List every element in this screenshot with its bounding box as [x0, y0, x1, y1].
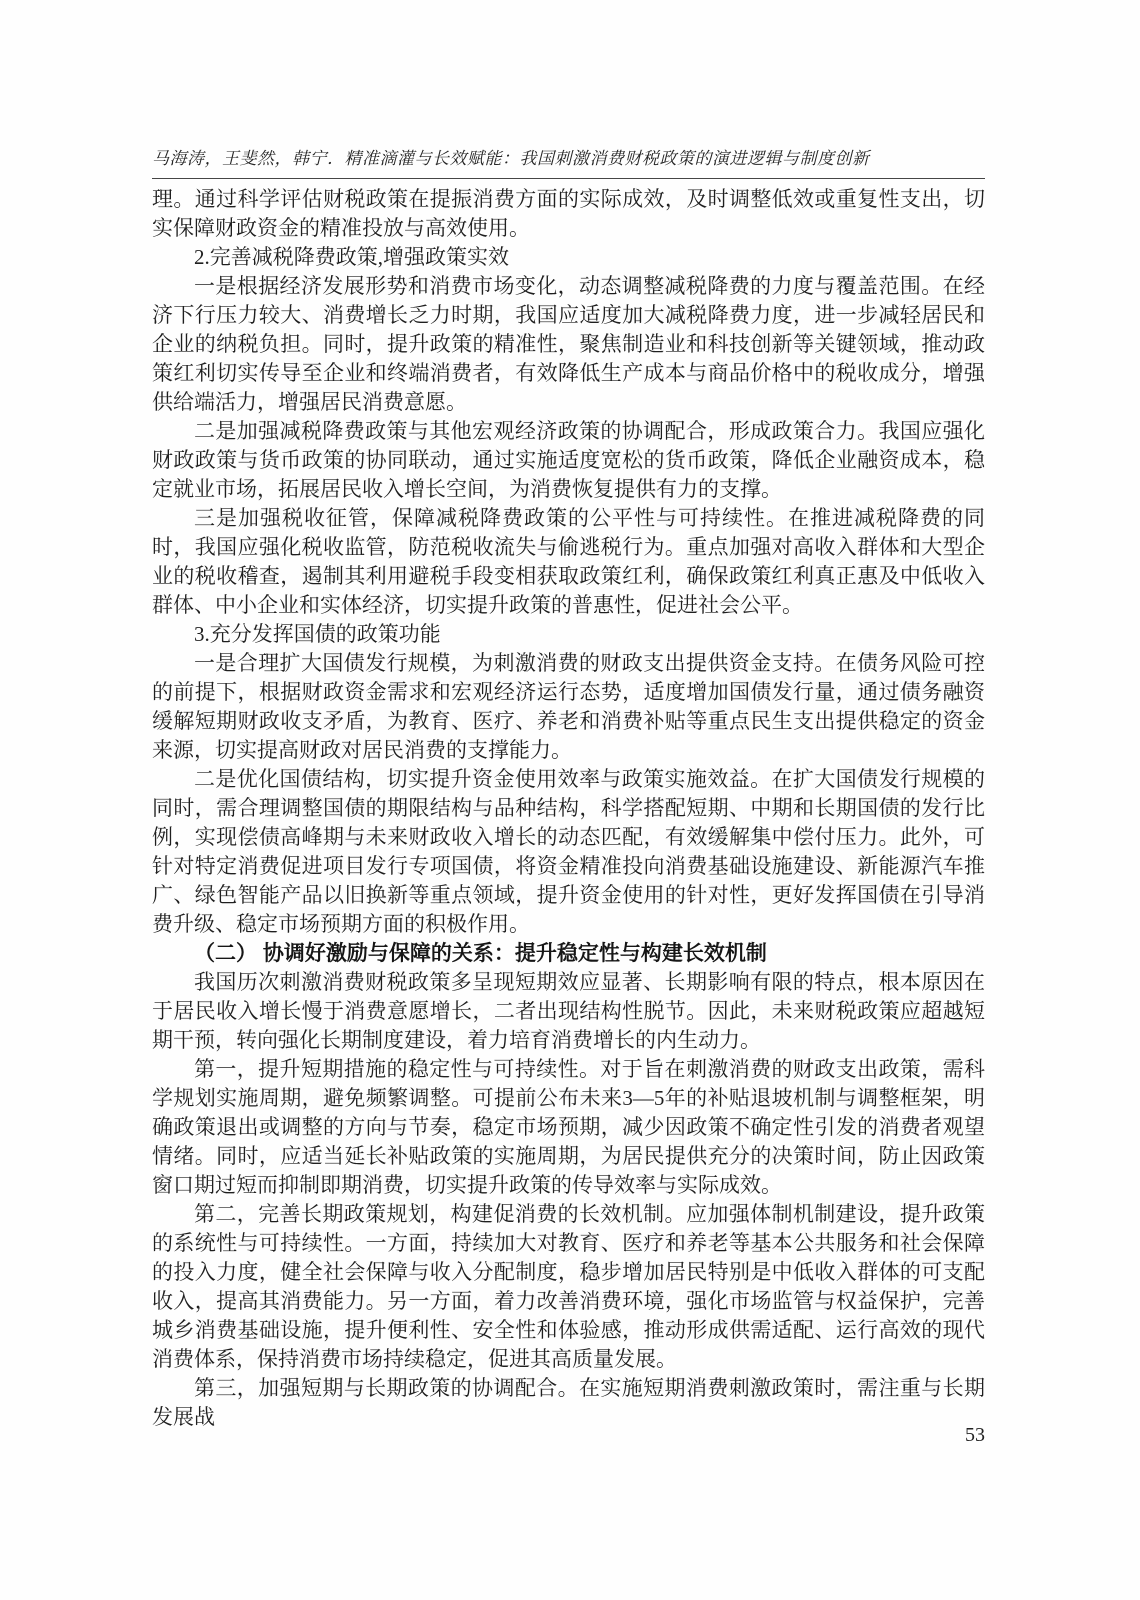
- document-page: 马海涛，王斐然，韩宁．精准滴灌与长效赋能：我国刺激消费财税政策的演进逻辑与制度创…: [0, 0, 1140, 1600]
- text-block-continuation: 理。通过科学评估财税政策在提振消费方面的实际成效，及时调整低效或重复性支出，切实…: [152, 185, 985, 243]
- text-block-paragraph: 第一，提升短期措施的稳定性与可持续性。对于旨在刺激消费的财政支出政策，需科学规划…: [152, 1055, 985, 1200]
- text-block-subheading: 2.完善减税降费政策,增强政策实效: [152, 243, 985, 272]
- text-block-bold-heading: （二） 协调好激励与保障的关系：提升稳定性与构建长效机制: [152, 939, 985, 968]
- page-header: 马海涛，王斐然，韩宁．精准滴灌与长效赋能：我国刺激消费财税政策的演进逻辑与制度创…: [152, 144, 985, 179]
- running-title: 马海涛，王斐然，韩宁．精准滴灌与长效赋能：我国刺激消费财税政策的演进逻辑与制度创…: [152, 144, 985, 169]
- text-block-paragraph: 二是加强减税降费政策与其他宏观经济政策的协调配合，形成政策合力。我国应强化财政政…: [152, 417, 985, 504]
- text-block-paragraph: 三是加强税收征管，保障减税降费政策的公平性与可持续性。在推进减税降费的同时，我国…: [152, 504, 985, 620]
- text-block-paragraph: 我国历次刺激消费财税政策多呈现短期效应显著、长期影响有限的特点，根本原因在于居民…: [152, 968, 985, 1055]
- text-block-subheading: 3.充分发挥国债的政策功能: [152, 620, 985, 649]
- text-block-paragraph: 二是优化国债结构，切实提升资金使用效率与政策实施效益。在扩大国债发行规模的同时，…: [152, 765, 985, 939]
- text-block-paragraph: 第二，完善长期政策规划，构建促消费的长效机制。应加强体制机制建设，提升政策的系统…: [152, 1200, 985, 1374]
- text-block-paragraph: 一是根据经济发展形势和消费市场变化，动态调整减税降费的力度与覆盖范围。在经济下行…: [152, 272, 985, 417]
- page-number: 53: [152, 1424, 985, 1447]
- text-block-paragraph: 一是合理扩大国债发行规模，为刺激消费的财政支出提供资金支持。在债务风险可控的前提…: [152, 649, 985, 765]
- page-body: 理。通过科学评估财税政策在提振消费方面的实际成效，及时调整低效或重复性支出，切实…: [152, 185, 985, 1432]
